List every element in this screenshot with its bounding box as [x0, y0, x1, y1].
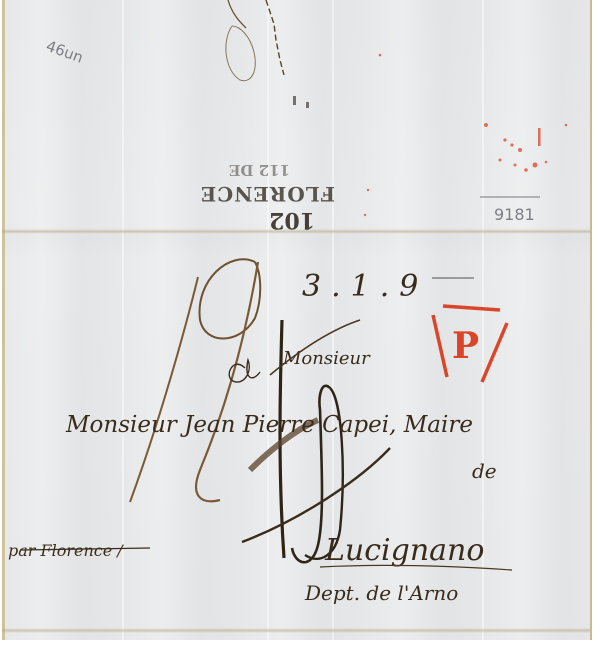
ink-layer: 46un 102 FLORENCE 112 DE 9181 3.1.9 — [0, 0, 600, 652]
address-department: Dept. de l'Arno — [304, 581, 458, 605]
address-recipient: Monsieur Jean Pierre Capei, Maire — [65, 412, 473, 438]
address-town: Lucignano — [324, 533, 484, 568]
large-numeral-9 — [196, 259, 260, 501]
address-de: de — [472, 459, 497, 483]
postmark-number: 102 — [269, 207, 315, 233]
pencil-number-right: 9181 — [494, 205, 535, 224]
top-script-fragment — [226, 0, 284, 81]
pencil-note-top-left: 46un — [44, 37, 86, 67]
postmark-town: FLORENCE — [200, 182, 335, 206]
red-P-postmark: P — [433, 306, 507, 382]
cross-stroke — [242, 448, 390, 542]
postmark-sub: 112 DE — [229, 161, 290, 179]
P-letter: P — [452, 325, 479, 367]
black-postmark-mirrored: 102 FLORENCE 112 DE — [200, 161, 335, 233]
rate-number: 3.1.9 — [302, 269, 428, 304]
ink-speck — [306, 102, 309, 108]
red-postmark-faint — [364, 54, 568, 217]
large-numeral-stroke-1 — [130, 277, 198, 502]
ink-speck — [293, 96, 296, 105]
address-monsieur-upper: Monsieur — [282, 348, 371, 369]
